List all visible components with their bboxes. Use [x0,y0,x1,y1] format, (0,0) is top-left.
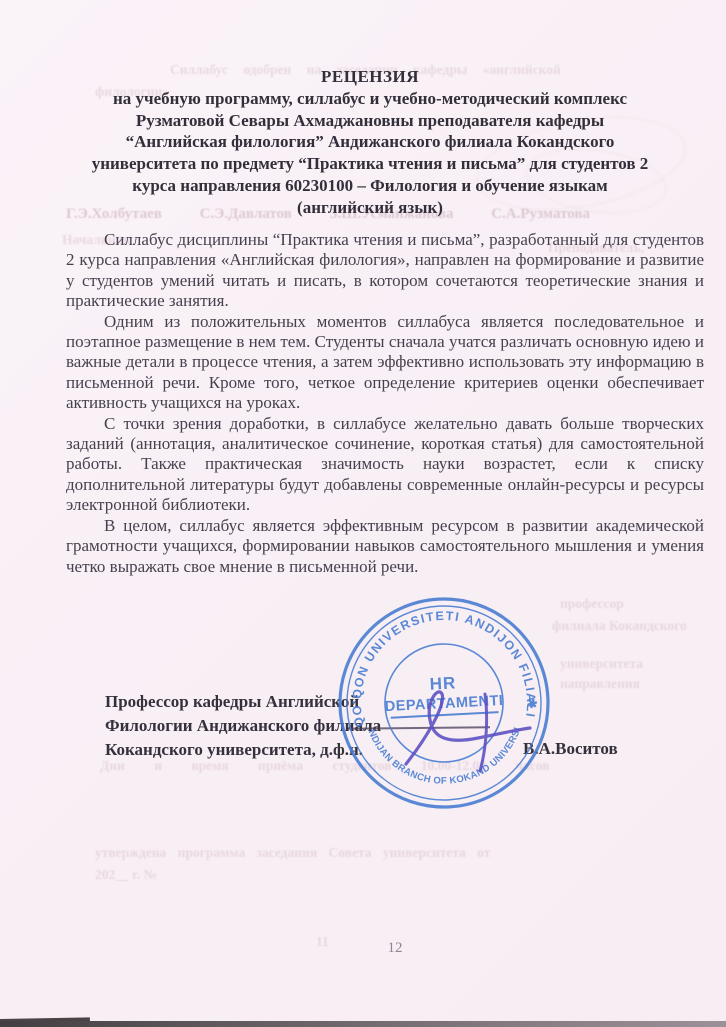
bleedthrough-text: направления [560,676,640,692]
title-line: на учебную программу, силлабус и учебно-… [50,88,690,110]
body-paragraph: В целом, силлабус является эффективным р… [66,516,704,577]
title-line: курса направления 60230100 – Филология и… [50,175,690,197]
review-body: Силлабус дисциплины “Практика чтения и п… [66,230,704,577]
title-line: Рузматовой Севары Ахмаджановны преподава… [50,110,690,132]
bleedthrough-text: филиала Кокандского [552,618,687,634]
handwritten-signature [388,676,548,788]
signature-stroke [480,694,487,771]
scan-edge-shadow [0,1021,726,1027]
body-paragraph: Силлабус дисциплины “Практика чтения и п… [66,230,704,312]
bleedthrough-text: 202__ г. № [95,867,157,883]
review-title-block: РЕЦЕНЗИЯ на учебную программу, силлабус … [50,66,690,219]
page-title: РЕЦЕНЗИЯ [50,66,690,88]
body-paragraph: С точки зрения доработки, в силлабусе же… [66,414,704,516]
page-number: 12 [380,940,410,957]
bleedthrough-page-number: 11 [316,934,329,950]
signature-stroke [406,692,530,764]
title-line: “Английская филология” Андижанского фили… [50,131,690,153]
scanned-review-page: Силлабус одобрен на заседании кафедры «а… [0,0,726,1027]
title-line: университета по предмету “Практика чтени… [50,153,690,175]
bleedthrough-text: университета [560,656,643,672]
bleedthrough-text: утверждена программа заседания Совета ун… [95,845,490,861]
body-paragraph: Одним из положительных моментов силлабус… [66,312,704,414]
title-line: (английский язык) [50,197,690,219]
bleedthrough-text: профессор [560,596,624,612]
